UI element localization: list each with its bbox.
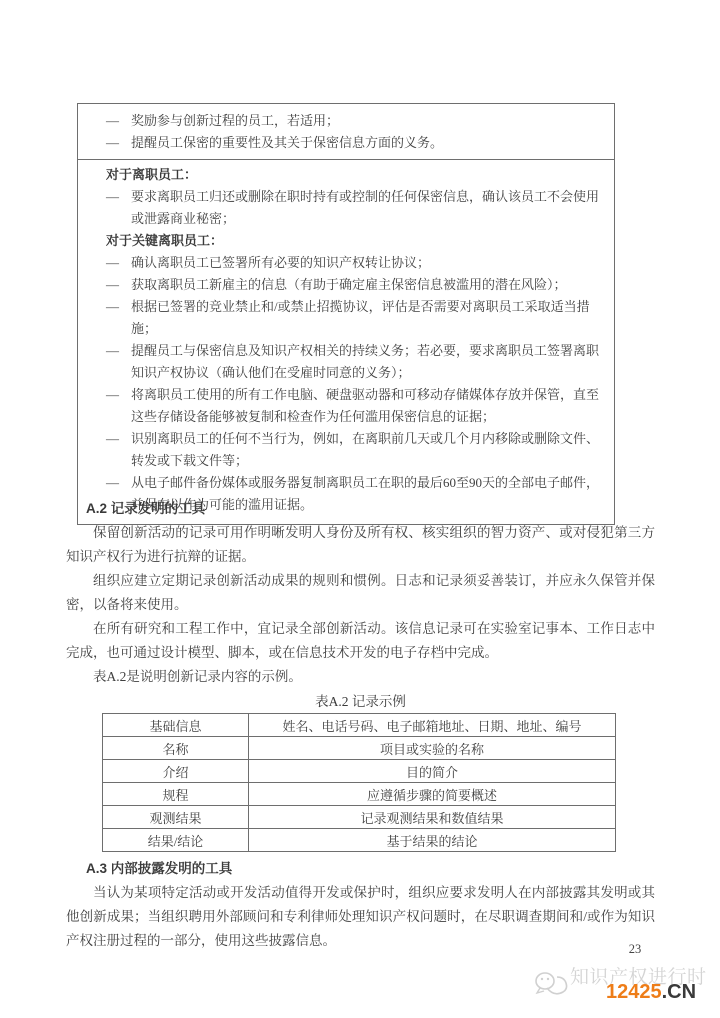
watermark-domain-text: 12425.CN bbox=[606, 981, 696, 1004]
list-item-text: 提醒员工保密的重要性及其关于保密信息方面的义务。 bbox=[131, 132, 602, 154]
watermark: 知识产权进行时 12425.CN bbox=[530, 962, 720, 1012]
watermark-logo-icon bbox=[534, 968, 570, 1005]
table-cell-label: 介绍 bbox=[103, 760, 249, 783]
list-item: — 根据已签署的竞业禁止和/或禁止招揽协议，评估是否需要对离职员工采取适当措施； bbox=[106, 296, 602, 340]
table-cell-value: 基于结果的结论 bbox=[249, 829, 616, 852]
paragraph: 组织应建立定期记录创新活动成果的规则和惯例。日志和记录须妥善装订，并应永久保管并… bbox=[66, 569, 655, 617]
table-caption: 表A.2 记录示例 bbox=[66, 692, 655, 711]
group-header-key-departing-employees: 对于关键离职员工： bbox=[106, 230, 602, 252]
list-item-text: 获取离职员工新雇主的信息（有助于确定雇主保密信息被滥用的潜在风险）； bbox=[131, 274, 602, 296]
table-row: 基础信息 姓名、电话号码、电子邮箱地址、日期、地址、编号 bbox=[103, 714, 616, 737]
table-cell-label: 规程 bbox=[103, 783, 249, 806]
list-item-text: 将离职员工使用的所有工作电脑、硬盘驱动器和可移动存储媒体存放并保管，直至这些存储… bbox=[131, 384, 602, 428]
table-cell-value: 应遵循步骤的简要概述 bbox=[249, 783, 616, 806]
paragraph: 保留创新活动的记录可用作明晰发明人身份及所有权、核实组织的智力资产、或对侵犯第三… bbox=[66, 521, 655, 569]
dash: — bbox=[106, 132, 131, 154]
dash: — bbox=[106, 340, 131, 384]
dash: — bbox=[106, 384, 131, 428]
table-cell-value: 项目或实验的名称 bbox=[249, 737, 616, 760]
dash: — bbox=[106, 428, 131, 472]
table-cell-value: 记录观测结果和数值结果 bbox=[249, 806, 616, 829]
dash: — bbox=[106, 252, 131, 274]
list-item-text: 识别离职员工的任何不当行为，例如，在离职前几天或几个月内移除或删除文件、转发或下… bbox=[131, 428, 602, 472]
table-cell-label: 名称 bbox=[103, 737, 249, 760]
list-item-text: 奖励参与创新过程的员工，若适用； bbox=[131, 110, 602, 132]
page-number: 23 bbox=[620, 942, 650, 957]
section-heading-a2: A.2 记录发明的工具 bbox=[66, 497, 655, 521]
list-item-text: 要求离职员工归还或删除在职时持有或控制的任何保密信息，确认该员工不会使用或泄露商… bbox=[131, 186, 602, 230]
section-heading-a3: A.3 内部披露发明的工具 bbox=[66, 857, 655, 881]
list-item: — 获取离职员工新雇主的信息（有助于确定雇主保密信息被滥用的潜在风险）； bbox=[106, 274, 602, 296]
list-item: — 将离职员工使用的所有工作电脑、硬盘驱动器和可移动存储媒体存放并保管，直至这些… bbox=[106, 384, 602, 428]
table-cell-label: 结果/结论 bbox=[103, 829, 249, 852]
list-item: — 要求离职员工归还或删除在职时持有或控制的任何保密信息，确认该员工不会使用或泄… bbox=[106, 186, 602, 230]
record-example-table: 基础信息 姓名、电话号码、电子邮箱地址、日期、地址、编号 名称 项目或实验的名称… bbox=[102, 713, 616, 852]
list-item: — 提醒员工与保密信息及知识产权相关的持续义务；若必要，要求离职员工签署离职知识… bbox=[106, 340, 602, 384]
dash: — bbox=[106, 274, 131, 296]
dash: — bbox=[106, 296, 131, 340]
box-top-section: — 奖励参与创新过程的员工，若适用； — 提醒员工保密的重要性及其关于保密信息方… bbox=[78, 104, 614, 160]
list-item: — 奖励参与创新过程的员工，若适用； bbox=[106, 110, 602, 132]
list-item-text: 提醒员工与保密信息及知识产权相关的持续义务；若必要，要求离职员工签署离职知识产权… bbox=[131, 340, 602, 384]
table-row: 结果/结论 基于结果的结论 bbox=[103, 829, 616, 852]
list-item-text: 根据已签署的竞业禁止和/或禁止招揽协议，评估是否需要对离职员工采取适当措施； bbox=[131, 296, 602, 340]
group-header-departing-employees: 对于离职员工： bbox=[106, 164, 602, 186]
table-row: 观测结果 记录观测结果和数值结果 bbox=[103, 806, 616, 829]
list-item: — 确认离职员工已签署所有必要的知识产权转让协议； bbox=[106, 252, 602, 274]
table-cell-label: 基础信息 bbox=[103, 714, 249, 737]
table-cell-label: 观测结果 bbox=[103, 806, 249, 829]
dash: — bbox=[106, 186, 131, 230]
box-bottom-section: 对于离职员工： — 要求离职员工归还或删除在职时持有或控制的任何保密信息，确认该… bbox=[78, 160, 614, 524]
table-row: 名称 项目或实验的名称 bbox=[103, 737, 616, 760]
watermark-domain-main: 12425 bbox=[606, 981, 662, 1003]
paragraph: 在所有研究和工程工作中，宜记录全部创新活动。该信息记录可在实验室记事本、工作日志… bbox=[66, 617, 655, 665]
dash: — bbox=[106, 110, 131, 132]
list-item-text: 确认离职员工已签署所有必要的知识产权转让协议； bbox=[131, 252, 602, 274]
boxed-list-panel: — 奖励参与创新过程的员工，若适用； — 提醒员工保密的重要性及其关于保密信息方… bbox=[77, 103, 615, 525]
paragraph: 表A.2是说明创新记录内容的示例。 bbox=[66, 665, 655, 689]
table-cell-value: 姓名、电话号码、电子邮箱地址、日期、地址、编号 bbox=[249, 714, 616, 737]
list-item: — 提醒员工保密的重要性及其关于保密信息方面的义务。 bbox=[106, 132, 602, 154]
watermark-domain-suffix: .CN bbox=[662, 981, 696, 1003]
table-row: 规程 应遵循步骤的简要概述 bbox=[103, 783, 616, 806]
paragraph: 当认为某项特定活动或开发活动值得开发或保护时，组织应要求发明人在内部披露其发明或… bbox=[66, 881, 655, 953]
table-cell-value: 目的简介 bbox=[249, 760, 616, 783]
document-body: A.2 记录发明的工具 保留创新活动的记录可用作明晰发明人身份及所有权、核实组织… bbox=[66, 497, 655, 953]
table-row: 介绍 目的简介 bbox=[103, 760, 616, 783]
list-item: — 识别离职员工的任何不当行为，例如，在离职前几天或几个月内移除或删除文件、转发… bbox=[106, 428, 602, 472]
